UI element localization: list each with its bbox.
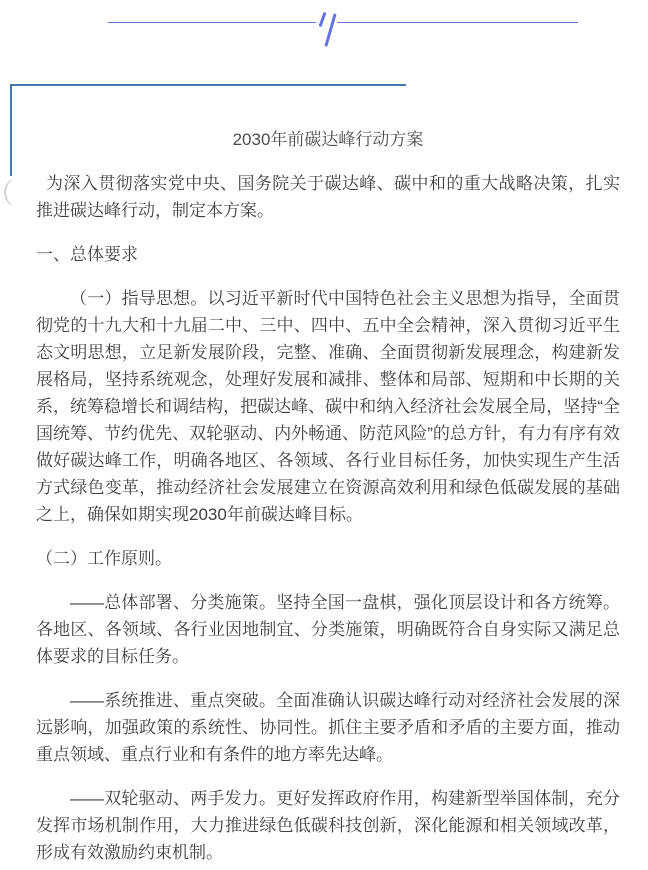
paragraph: （一）指导思想。以习近平新时代中国特色社会主义思想为指导，全面贯彻党的十九大和十…	[36, 285, 620, 528]
document-title: 2030年前碳达峰行动方案	[36, 127, 620, 153]
paragraph: 为深入贯彻落实党中央、国务院关于碳达峰、碳中和的重大战略决策，扎实推进碳达峰行动…	[36, 170, 620, 224]
section-heading: 一、总体要求	[36, 241, 620, 268]
article-page: （ 2030年前碳达峰行动方案 为深入贯彻落实党中央、国务院关于碳达峰、碳中和的…	[0, 0, 648, 870]
paragraph: （二）工作原则。	[36, 545, 620, 572]
paragraph: ——系统推进、重点突破。全面准确认识碳达峰行动对经济社会发展的深远影响，加强政策…	[36, 687, 620, 768]
paragraph: ——双轮驱动、两手发力。更好发挥政府作用，构建新型举国体制，充分发挥市场机制作用…	[36, 785, 620, 866]
paragraph-list: 为深入贯彻落实党中央、国务院关于碳达峰、碳中和的重大战略决策，扎实推进碳达峰行动…	[36, 170, 620, 866]
document-body: 2030年前碳达峰行动方案 为深入贯彻落实党中央、国务院关于碳达峰、碳中和的重大…	[0, 0, 648, 866]
paragraph: ——总体部署、分类施策。坚持全国一盘棋，强化顶层设计和各方统筹。各地区、各领域、…	[36, 589, 620, 670]
